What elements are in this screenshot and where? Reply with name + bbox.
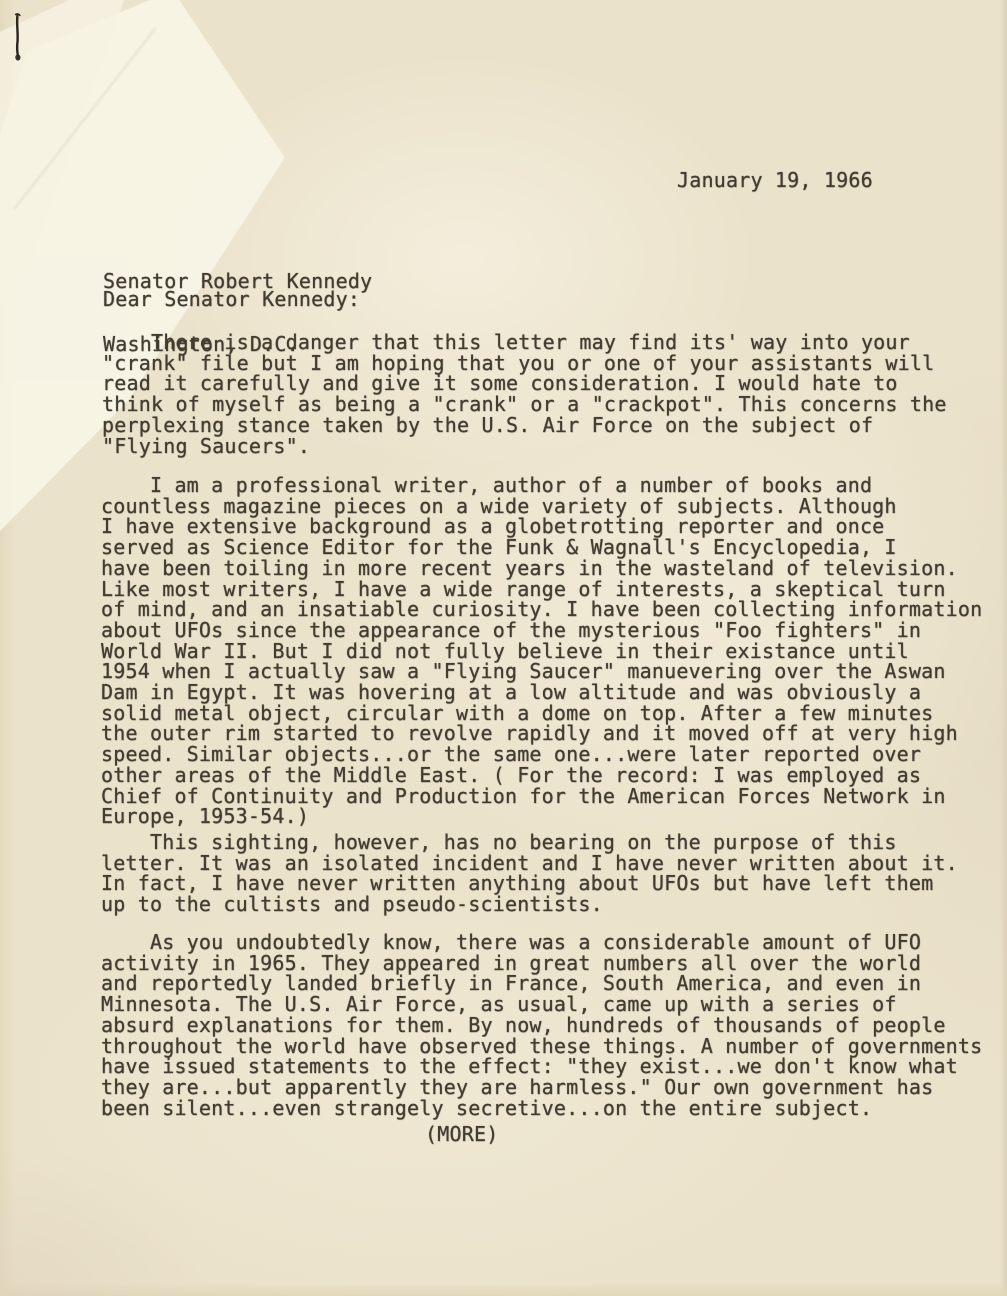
continuation-note: (MORE) bbox=[425, 1124, 498, 1145]
paragraph-3: This sighting, however, has no bearing o… bbox=[101, 832, 958, 915]
paragraph-2: I am a professional writer, author of a … bbox=[101, 475, 982, 827]
paragraph-1: There is a danger that this letter may f… bbox=[102, 332, 947, 456]
letter-date: January 19, 1966 bbox=[677, 170, 873, 191]
ink-mark bbox=[0, 0, 44, 80]
paragraph-4: As you undoubtedly know, there was a con… bbox=[101, 932, 982, 1118]
letter-page: January 19, 1966 Senator Robert Kennedy … bbox=[0, 0, 1007, 1296]
salutation: Dear Senator Kennedy: bbox=[103, 289, 360, 310]
